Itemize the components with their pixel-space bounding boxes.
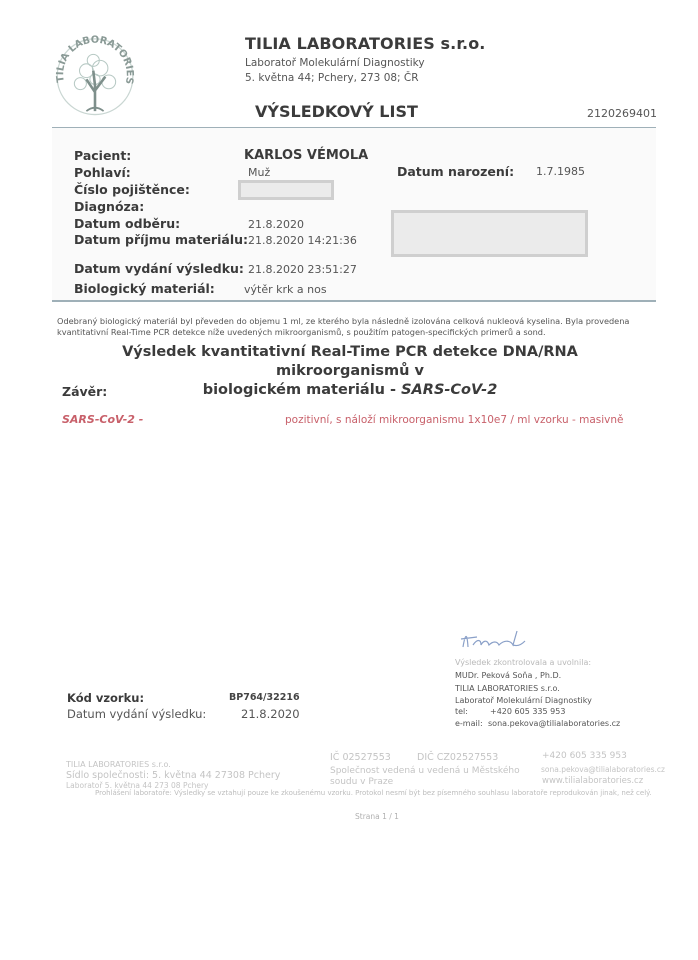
sample-issue-label: Datum vydání výsledku: [67, 707, 206, 721]
result-finding: pozitivní, s náloží mikroorganismu 1x10e… [285, 414, 624, 426]
footer-seat: Sídlo společnosti: 5. května 44 27308 Pc… [66, 770, 280, 781]
result-title-pathogen: SARS-CoV-2 [401, 382, 497, 398]
footer-registry-2: soudu v Praze [330, 777, 393, 787]
footer-email[interactable]: sona.pekova@tilialaboratories.cz [541, 765, 665, 774]
diagnosis-label: Diagnóza: [74, 199, 144, 214]
footer-registry-1: Společnost vedená u vedená u Městského [330, 766, 520, 776]
result-title: Výsledek kvantitativní Real-Time PCR det… [60, 343, 640, 400]
signatory-tel-label: tel: [455, 707, 468, 716]
footer-dic: DIČ CZ02527553 [417, 752, 498, 763]
material-value: výtěr krk a nos [244, 283, 327, 296]
birth-date-label: Datum narození: [397, 164, 514, 179]
signatory-email: sona.pekova@tilialaboratories.cz [488, 719, 620, 728]
signature-caption: Výsledek zkontrolovala a uvolnila: [455, 658, 591, 667]
sample-issue-value: 21.8.2020 [241, 707, 300, 721]
signatory-name: MUDr. Peková Soňa , Ph.D. [455, 671, 561, 680]
footer-web[interactable]: www.tilialaboratories.cz [542, 776, 643, 786]
result-title-line1: Výsledek kvantitativní Real-Time PCR det… [60, 343, 640, 381]
issue-date-value: 21.8.2020 23:51:27 [248, 263, 357, 276]
footer-disclaimer: Prohlášení laboratoře: Výsledky se vztah… [95, 789, 652, 797]
signature-icon [455, 625, 530, 655]
page-number: Strana 1 / 1 [355, 812, 399, 821]
receipt-date-label: Datum příjmu materiálu: [74, 232, 248, 247]
document-number: 2120269401 [587, 107, 657, 120]
patient-name: KARLOS VÉMOLA [244, 148, 368, 163]
footer-company: TILIA LABORATORIES s.r.o. [66, 760, 171, 769]
company-name: TILIA LABORATORIES s.r.o. [245, 34, 485, 53]
lab-name: Laboratoř Molekulární Diagnostiky [245, 57, 425, 69]
result-title-line2: biologickém materiálu - SARS-CoV-2 [60, 381, 640, 400]
sample-code-label: Kód vzorku: [67, 691, 144, 705]
material-label: Biologický materiál: [74, 281, 215, 296]
footer-phone: +420 605 335 953 [542, 751, 627, 761]
footer-ic: IČ 02527553 [330, 752, 391, 763]
lab-address: 5. května 44; Pchery, 273 08; ČR [245, 72, 419, 84]
result-title-text: biologickém materiálu - [203, 382, 401, 398]
sample-code-value: BP764/32216 [229, 692, 300, 703]
signatory-lab: Laboratoř Molekulární Diagnostiky [455, 696, 592, 705]
document-title: VÝSLEDKOVÝ LIST [255, 102, 418, 121]
signatory-company: TILIA LABORATORIES s.r.o. [455, 684, 560, 693]
patient-label: Pacient: [74, 148, 131, 163]
birth-date-value: 1.7.1985 [536, 165, 585, 178]
collection-date-label: Datum odběru: [74, 216, 180, 231]
divider [52, 300, 656, 302]
issue-date-label: Datum vydání výsledku: [74, 261, 244, 276]
redacted-address [391, 210, 588, 257]
redacted-insurance-number [238, 180, 334, 200]
sex-value: Muž [248, 166, 270, 179]
sex-label: Pohlaví: [74, 165, 131, 180]
insurance-label: Číslo pojištěnce: [74, 182, 190, 197]
tilia-logo-icon: TILIA LABORATORIES [52, 32, 138, 118]
signatory-tel: +420 605 335 953 [490, 707, 565, 716]
conclusion-label: Závěr: [62, 384, 107, 399]
signatory-email-label: e-mail: [455, 719, 483, 728]
method-description: Odebraný biologický materiál byl převede… [57, 316, 659, 338]
pathogen-name: SARS-CoV-2 - [62, 413, 143, 426]
collection-date-value: 21.8.2020 [248, 218, 304, 231]
receipt-date-value: 21.8.2020 14:21:36 [248, 234, 357, 247]
